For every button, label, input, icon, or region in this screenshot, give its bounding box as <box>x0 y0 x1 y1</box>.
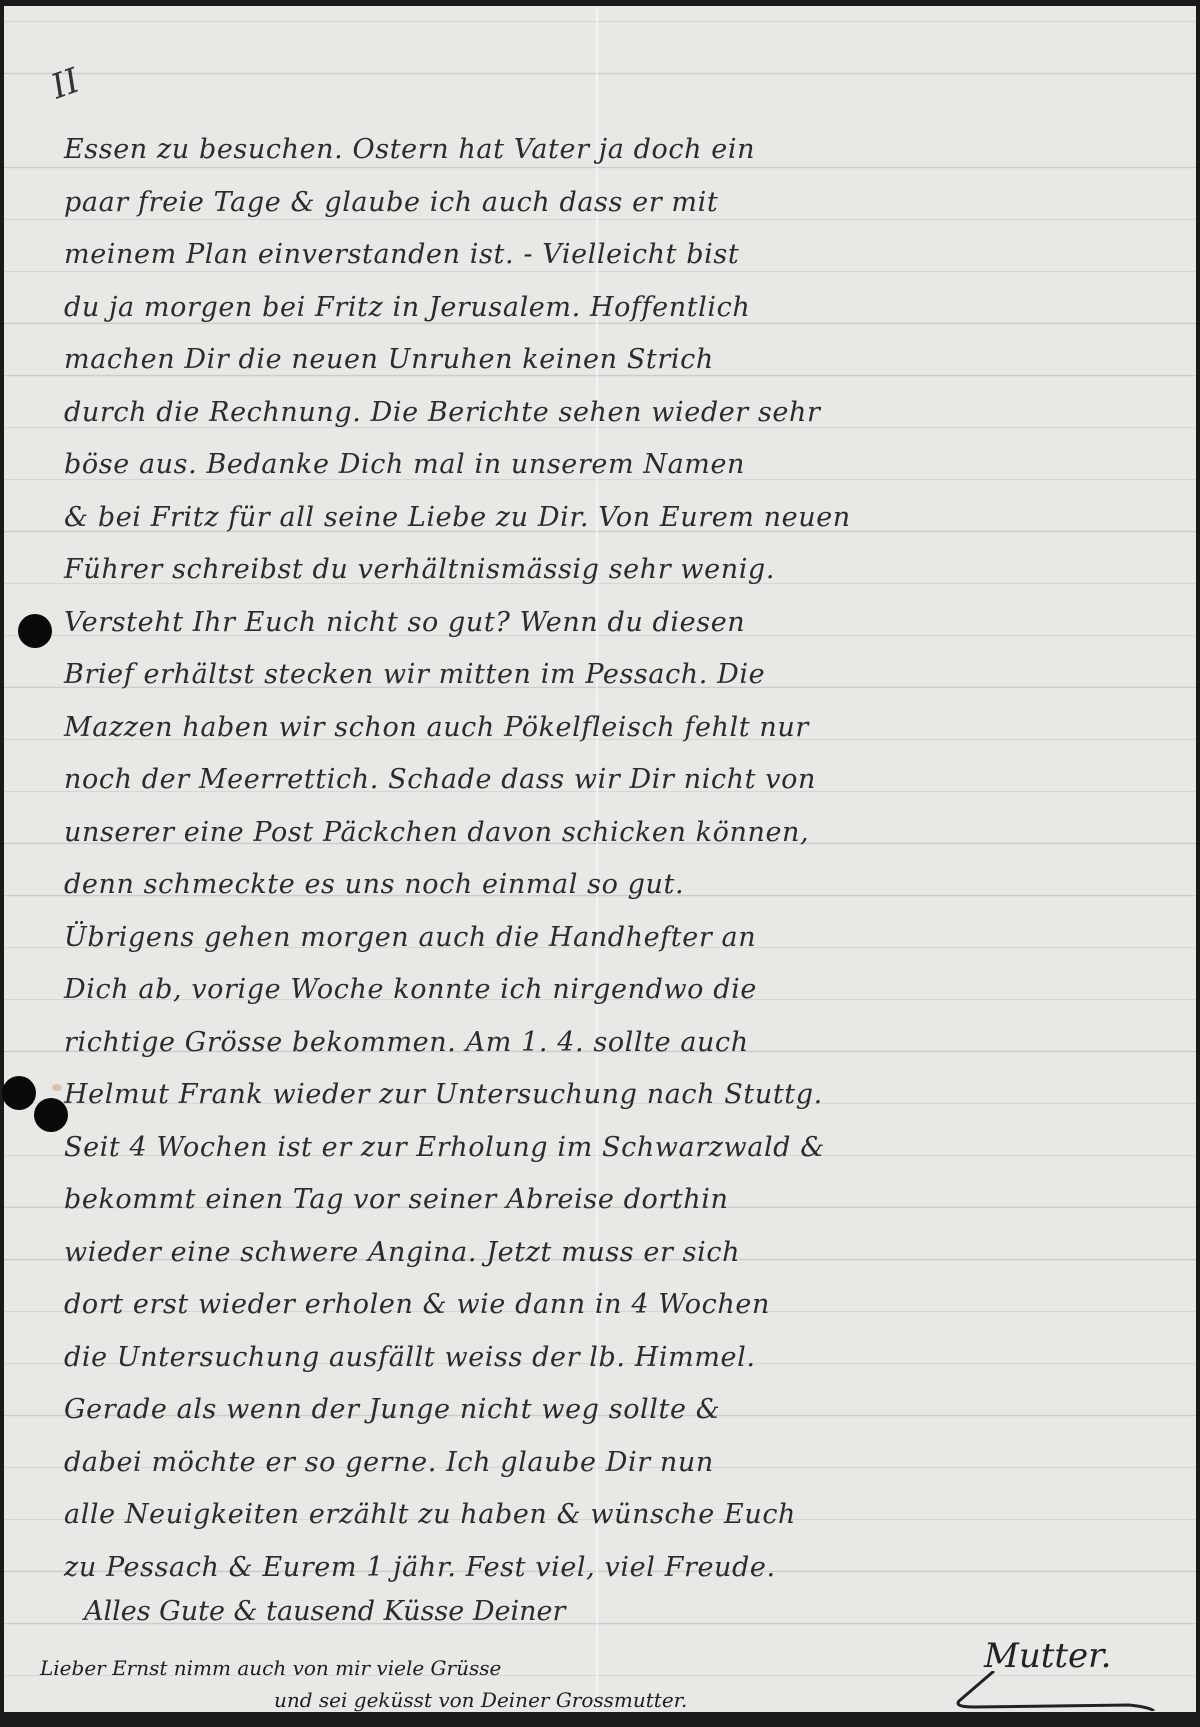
paper-stain <box>52 1084 62 1091</box>
letter-line: bekommt einen Tag vor seiner Abreise dor… <box>64 1174 1156 1227</box>
letter-line: Gerade als wenn der Junge nicht weg soll… <box>64 1384 1156 1437</box>
letter-line: denn schmeckte es uns noch einmal so gut… <box>64 859 1156 912</box>
letter-line: Mazzen haben wir schon auch Pökelfleisch… <box>64 702 1156 755</box>
letter-line: Versteht Ihr Euch nicht so gut? Wenn du … <box>64 597 1156 650</box>
signature-flourish <box>954 1671 1164 1711</box>
letter-line: unserer eine Post Päckchen davon schicke… <box>64 807 1156 860</box>
punch-hole <box>18 614 52 648</box>
letter-line: durch die Rechnung. Die Berichte sehen w… <box>64 387 1156 440</box>
letter-page: II Essen zu besuchen. Ostern hat Vater j… <box>4 6 1196 1712</box>
postscript-line-1: Lieber Ernst nimm auch von mir viele Grü… <box>40 1656 501 1680</box>
letter-line: meinem Plan einverstanden ist. - Viellei… <box>64 229 1156 282</box>
letter-line: Dich ab, vorige Woche konnte ich nirgend… <box>64 964 1156 1017</box>
letter-line: Führer schreibst du verhältnismässig seh… <box>64 544 1156 597</box>
letter-line: Brief erhältst stecken wir mitten im Pes… <box>64 649 1156 702</box>
letter-line: Seit 4 Wochen ist er zur Erholung im Sch… <box>64 1122 1156 1175</box>
letter-line: die Untersuchung ausfällt weiss der lb. … <box>64 1332 1156 1385</box>
letter-line: zu Pessach & Eurem 1 jähr. Fest viel, vi… <box>64 1542 1156 1595</box>
letter-line: paar freie Tage & glaube ich auch dass e… <box>64 177 1156 230</box>
letter-line: alle Neuigkeiten erzählt zu haben & wüns… <box>64 1489 1156 1542</box>
letter-line: du ja morgen bei Fritz in Jerusalem. Hof… <box>64 282 1156 335</box>
letter-line: richtige Grösse bekommen. Am 1. 4. sollt… <box>64 1017 1156 1070</box>
letter-line: machen Dir die neuen Unruhen keinen Stri… <box>64 334 1156 387</box>
letter-body: Essen zu besuchen. Ostern hat Vater ja d… <box>64 124 1156 1594</box>
letter-line: Übrigens gehen morgen auch die Handhefte… <box>64 912 1156 965</box>
letter-line: dabei möchte er so gerne. Ich glaube Dir… <box>64 1437 1156 1490</box>
letter-line: noch der Meerrettich. Schade dass wir Di… <box>64 754 1156 807</box>
page-number-mark: II <box>46 61 85 108</box>
letter-line: Helmut Frank wieder zur Untersuchung nac… <box>64 1069 1156 1122</box>
letter-line: & bei Fritz für all seine Liebe zu Dir. … <box>64 492 1156 545</box>
postscript-line-2: und sei geküsst von Deiner Grossmutter. <box>274 1688 687 1712</box>
closing-line: Alles Gute & tausend Küsse Deiner <box>84 1596 565 1627</box>
letter-line: wieder eine schwere Angina. Jetzt muss e… <box>64 1227 1156 1280</box>
punch-hole <box>2 1076 36 1110</box>
signature: Mutter. <box>984 1636 1111 1676</box>
letter-line: böse aus. Bedanke Dich mal in unserem Na… <box>64 439 1156 492</box>
letter-line: dort erst wieder erholen & wie dann in 4… <box>64 1279 1156 1332</box>
punch-hole <box>34 1098 68 1132</box>
letter-line: Essen zu besuchen. Ostern hat Vater ja d… <box>64 124 1156 177</box>
